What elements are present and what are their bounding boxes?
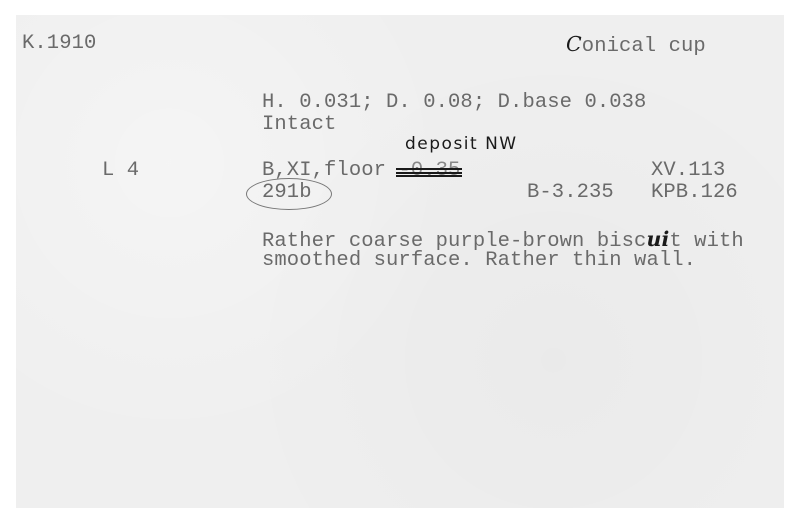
handwritten-correction-ui: ui xyxy=(646,227,669,251)
dimensions: H. 0.031; D. 0.08; D.base 0.038 xyxy=(262,92,646,114)
location-code: L 4 xyxy=(102,160,139,182)
accession-number: K.1910 xyxy=(22,33,96,55)
negative-reference: B-3.235 xyxy=(527,182,614,204)
handwritten-initial: C xyxy=(566,32,582,56)
struck-depth: -0.35 xyxy=(398,160,460,182)
handwritten-correction: deposit NW xyxy=(405,134,518,154)
description-line-2: smoothed surface. Rather thin wall. xyxy=(262,250,696,272)
plate-reference: XV.113 xyxy=(651,160,725,182)
publication-reference: KPB.126 xyxy=(651,182,738,204)
condition: Intact xyxy=(262,114,336,136)
object-type-text: onical cup xyxy=(582,35,706,58)
circled-number: 291b xyxy=(262,182,312,204)
object-type: Conical cup xyxy=(566,33,706,58)
